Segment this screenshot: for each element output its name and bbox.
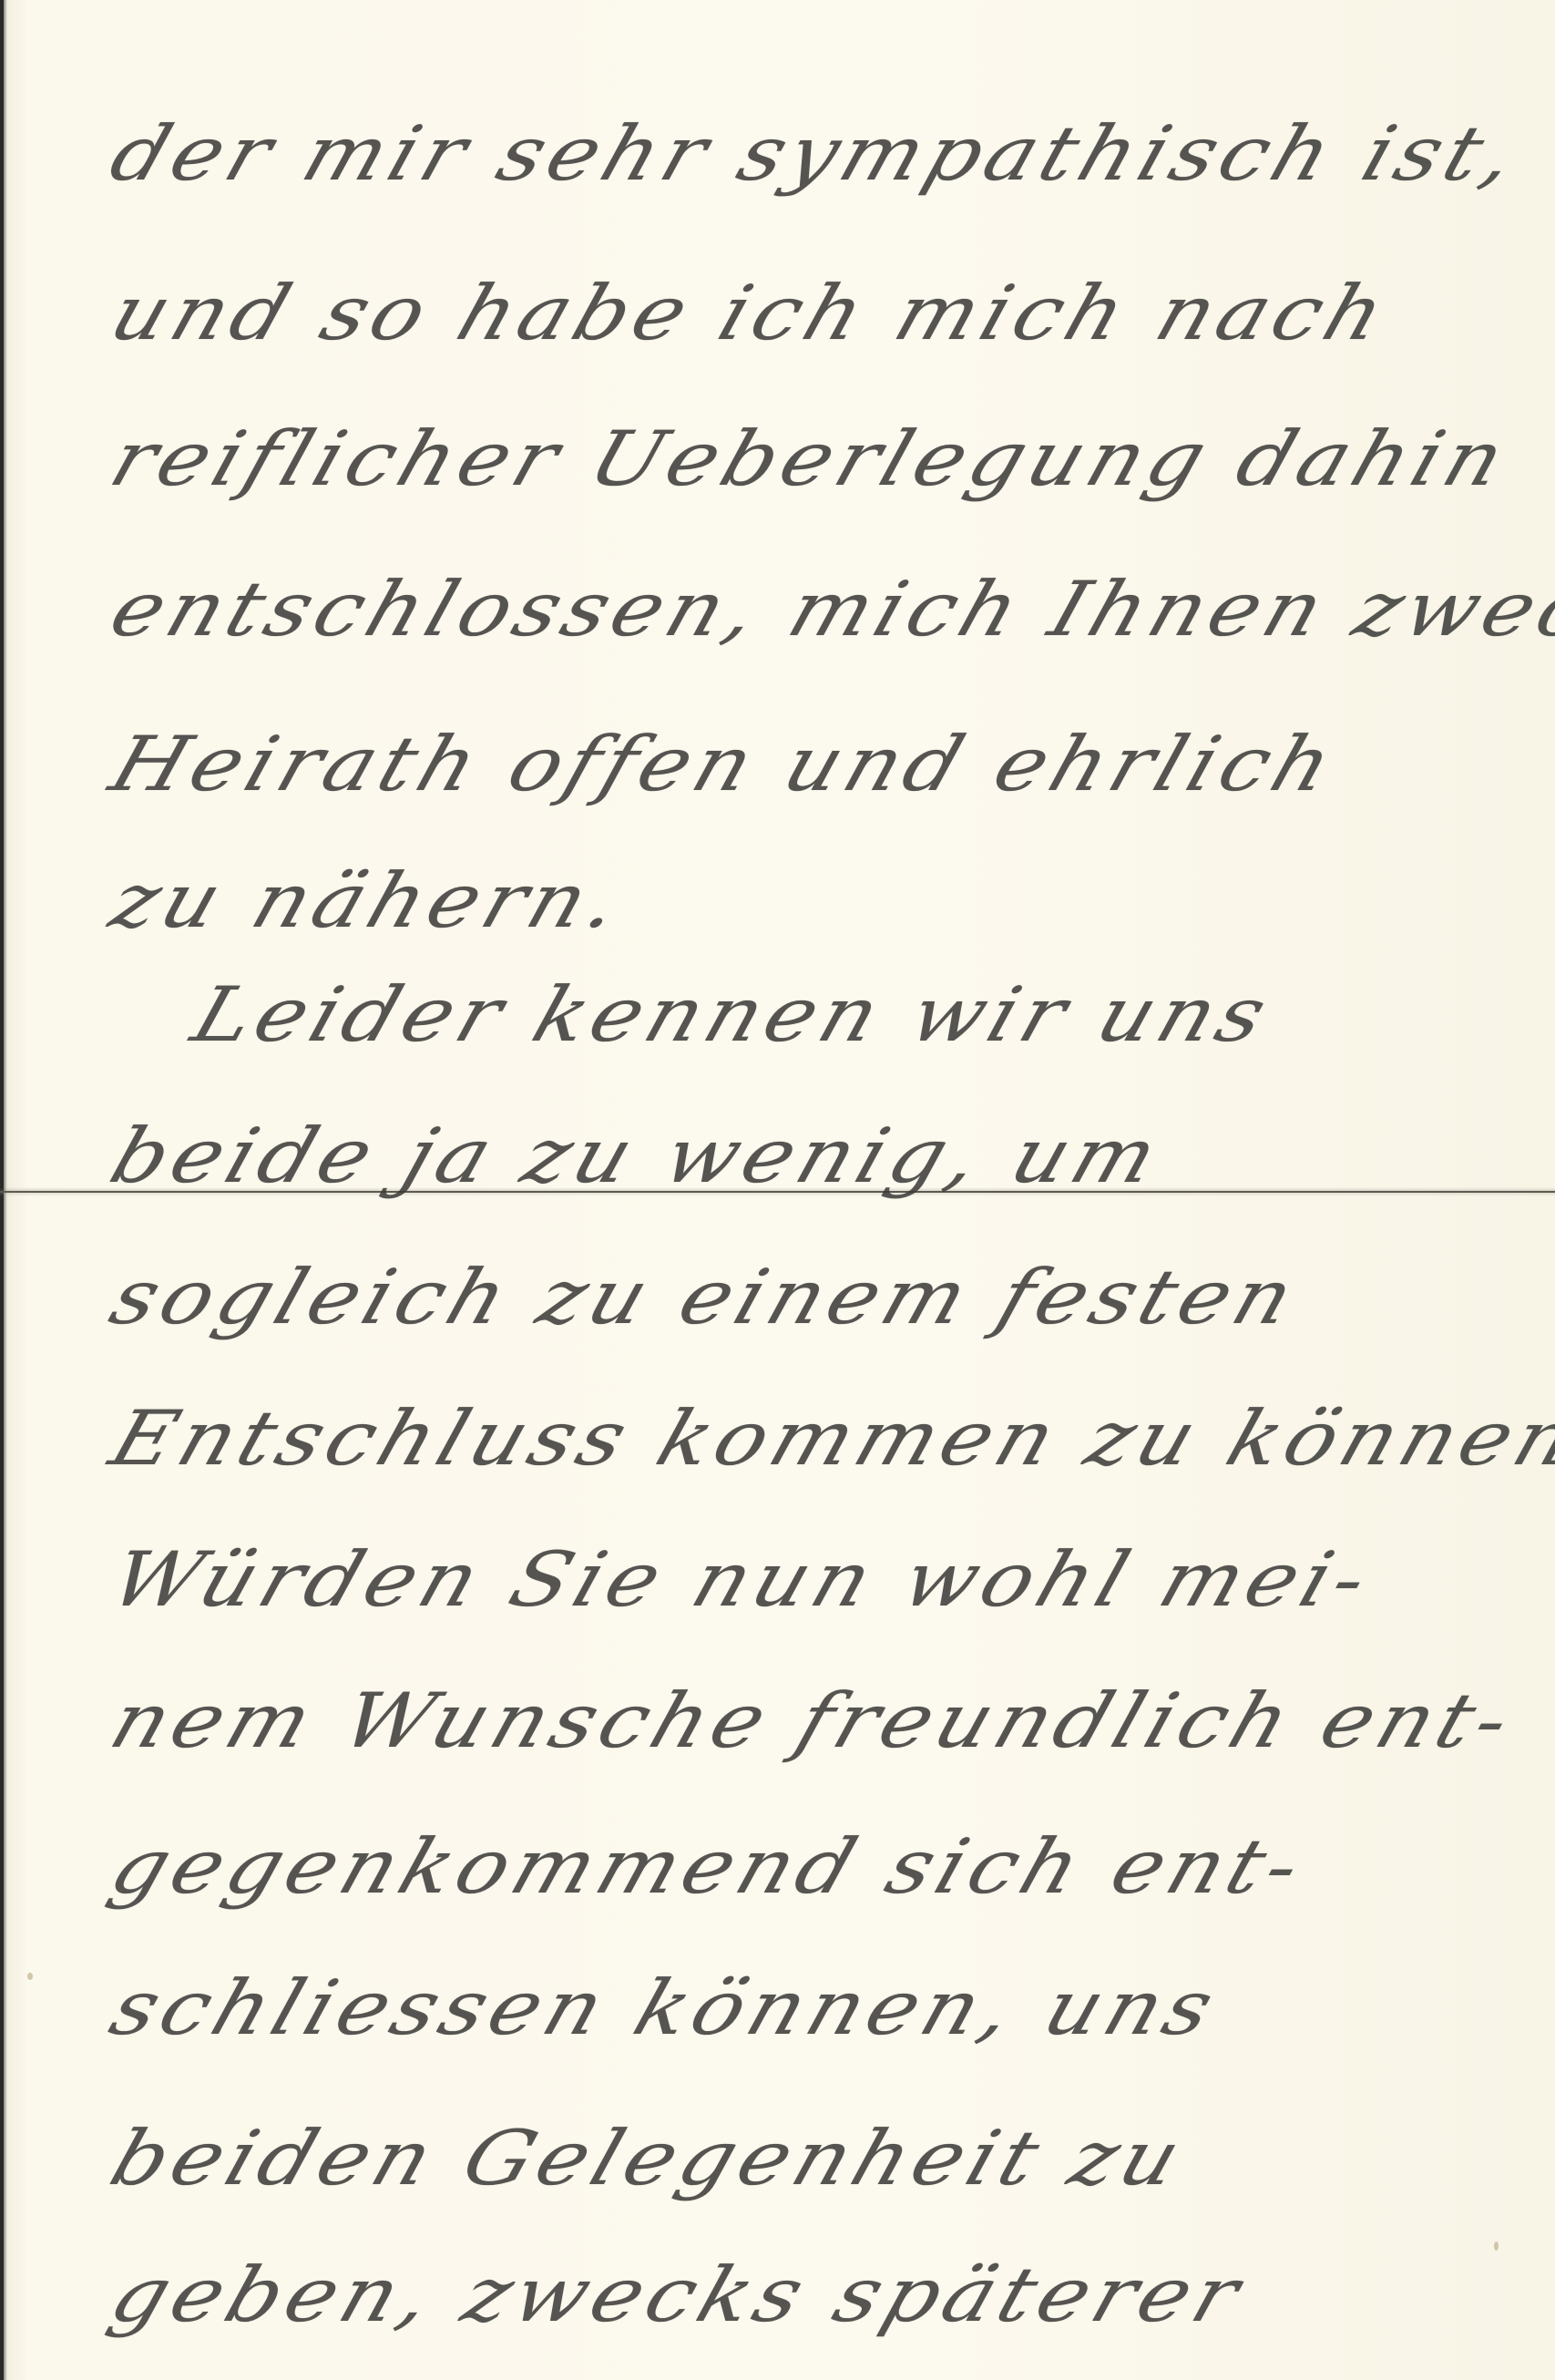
handwritten-line: und so habe ich mich nach [100, 270, 1400, 357]
handwritten-line: beiden Gelegenheit zu [100, 2115, 1196, 2202]
handwritten-line: reiflicher Ueberlegung dahin [100, 415, 1520, 503]
handwritten-line: schliessen können, uns [100, 1965, 1229, 2052]
handwritten-line: nem Wunsche freundlich ent- [100, 1677, 1526, 1765]
handwritten-line: gegenkommend sich ent- [100, 1823, 1316, 1911]
handwritten-line: entschlossen, mich Ihnen zwecks [100, 566, 1555, 653]
handwritten-line: beide ja zu wenig, um [100, 1113, 1173, 1200]
handwritten-line: Entschluss kommen zu können. [100, 1395, 1555, 1482]
handwritten-line: Leider kennen wir uns [182, 971, 1283, 1059]
handwritten-line: sogleich zu einem festen [100, 1254, 1309, 1341]
handwritten-line: Würden Sie nun wohl mei- [100, 1536, 1384, 1624]
handwritten-line: zu nähern. [100, 857, 637, 945]
handwritten-line: Heirath offen und ehrlich [100, 721, 1348, 808]
handwritten-line: geben, zwecks späterer [100, 2252, 1255, 2339]
paper-speck [1494, 2242, 1499, 2251]
handwritten-line: der mir sehr sympathisch ist, [100, 110, 1532, 198]
paper-speck [27, 1973, 33, 1980]
